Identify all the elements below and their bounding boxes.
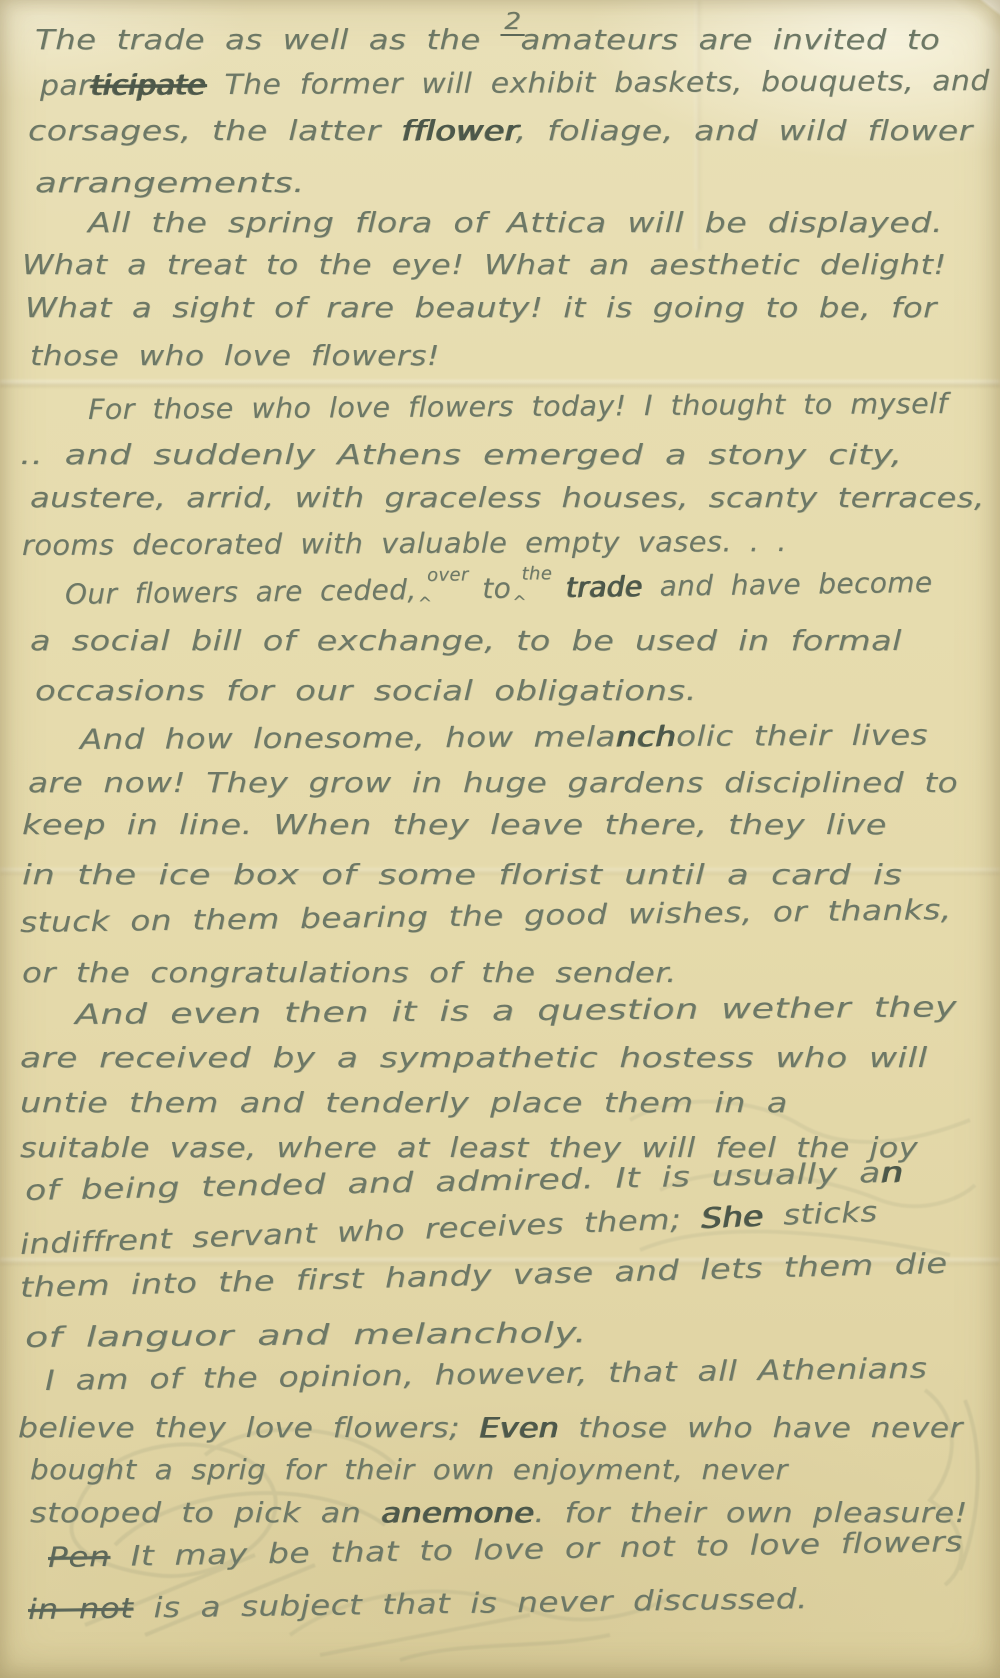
manuscript-line: Our flowers are ceded,^over to^the trade… [65, 563, 933, 619]
text-segment-overwrite: anemone [381, 1496, 534, 1529]
manuscript-line: are now! They grow in huge gardens disci… [28, 763, 958, 803]
manuscript-line: those who love flowers! [30, 336, 440, 376]
manuscript-line: occasions for our social obligations. [35, 671, 697, 711]
manuscript-page: The trade as well as the 2amateurs are i… [0, 0, 1000, 1678]
text-segment: bought a sprig for their own enjoyment, … [30, 1453, 788, 1486]
text-segment-strike: in not [28, 1592, 134, 1626]
manuscript-line: And how lonesome, how melancholic their … [80, 716, 928, 760]
manuscript-line: corsages, the latter fflower, foliage, a… [28, 111, 973, 151]
manuscript-line: stuck on them bearing the good wishes, o… [20, 890, 952, 943]
manuscript-line: For those who love flowers today! I thou… [88, 384, 948, 430]
text-segment-scribble: ticipate [91, 68, 206, 102]
manuscript-line: arrangements. [35, 163, 305, 203]
manuscript-line: believe they love flowers; Even those wh… [18, 1408, 963, 1448]
text-segment: What a sight of rare beauty! it is going… [25, 291, 937, 324]
text-segment: I am of the opinion, however, that all A… [45, 1352, 928, 1397]
text-segment-above: the [521, 554, 552, 594]
text-segment: Our flowers are ceded, [65, 573, 417, 611]
text-segment: those who love flowers! [30, 339, 440, 372]
text-segment-overwrite: nch [616, 720, 676, 753]
text-segment-above: over [427, 555, 469, 596]
manuscript-line: And even then it is a question wether th… [75, 987, 957, 1035]
text-segment: in the ice box of some florist until a c… [22, 858, 902, 891]
manuscript-line: .. and suddenly Athens emerged a stony c… [20, 435, 902, 475]
text-segment: olic their lives [676, 719, 928, 753]
text-segment-overwrite: trade [566, 570, 643, 604]
manuscript-line: All the spring flora of Attica will be d… [88, 203, 943, 243]
text-segment: The former will exhibit baskets, bouquet… [206, 64, 990, 101]
text-segment-overwrite: She [700, 1199, 763, 1234]
manuscript-line: bought a sprig for their own enjoyment, … [30, 1450, 788, 1490]
manuscript-line: rooms decorated with valuable empty vase… [22, 522, 787, 566]
text-segment: stooped to pick an [30, 1496, 381, 1529]
manuscript-line: keep in line. When they leave there, the… [22, 805, 887, 845]
text-segment: stuck on them bearing the good wishes, o… [20, 893, 952, 939]
manuscript-line: in not is a subject that is never discus… [28, 1579, 808, 1630]
text-segment: , foliage, and wild flower [516, 114, 973, 147]
text-segment-overwrite: Even [479, 1411, 558, 1444]
text-segment: arrangements. [35, 166, 305, 199]
text-segment: or the congratulations of the sender. [22, 956, 677, 989]
text-segment: those who have never [559, 1411, 963, 1444]
text-segment: are received by a sympathetic hostess wh… [20, 1041, 928, 1074]
text-segment: keep in line. When they leave there, the… [22, 808, 887, 841]
text-segment: amateurs are invited to [520, 23, 940, 56]
text-segment: of languor and melancholy. [25, 1316, 587, 1354]
manuscript-line: untie them and tenderly place them in a [20, 1083, 788, 1123]
text-segment: par [40, 69, 91, 102]
text-segment: rooms decorated with valuable empty vase… [22, 525, 787, 562]
text-segment: is a subject that is never discussed. [133, 1582, 808, 1624]
manuscript-line: What a treat to the eye! What an aesthet… [22, 245, 947, 285]
text-segment: untie them and tenderly place them in a [20, 1086, 788, 1119]
text-segment: are now! They grow in huge gardens disci… [28, 766, 958, 799]
text-segment-overwrite: fflower [401, 114, 515, 147]
text-segment: corsages, the latter [28, 114, 401, 147]
manuscript-line: The trade as well as the 2amateurs are i… [35, 20, 940, 60]
text-segment: For those who love flowers today! I thou… [88, 387, 948, 426]
text-segment: austere, arrid, with graceless houses, s… [30, 481, 985, 514]
text-segment: What a treat to the eye! What an aesthet… [22, 248, 947, 281]
text-segment: sticks [763, 1195, 879, 1232]
text-segment-overwrite: n [880, 1156, 903, 1189]
manuscript-line: or the congratulations of the sender. [22, 953, 677, 993]
manuscript-line: in the ice box of some florist until a c… [22, 855, 902, 895]
lines-layer: The trade as well as the 2amateurs are i… [0, 0, 1000, 1678]
text-segment: to [465, 572, 512, 606]
text-segment: believe they love flowers; [18, 1411, 479, 1444]
text-segment: The trade as well as the [35, 23, 501, 56]
manuscript-line: are received by a sympathetic hostess wh… [20, 1038, 928, 1078]
manuscript-line: What a sight of rare beauty! it is going… [25, 288, 937, 328]
text-segment: And even then it is a question wether th… [75, 990, 957, 1031]
text-segment: .. and suddenly Athens emerged a stony c… [20, 438, 902, 471]
manuscript-line: participate The former will exhibit bask… [40, 61, 990, 106]
text-segment: occasions for our social obligations. [35, 674, 697, 707]
text-segment-strike: Pen [48, 1540, 111, 1574]
text-segment: a social bill of exchange, to be used in… [30, 624, 902, 657]
manuscript-line: of languor and melancholy. [25, 1313, 587, 1358]
text-segment-pagenum: 2 [501, 10, 525, 36]
manuscript-line: a social bill of exchange, to be used in… [30, 621, 902, 661]
text-segment: and have become [642, 566, 933, 603]
text-segment: All the spring flora of Attica will be d… [88, 206, 943, 239]
text-segment: And how lonesome, how mela [80, 720, 616, 756]
manuscript-line: austere, arrid, with graceless houses, s… [30, 478, 985, 518]
